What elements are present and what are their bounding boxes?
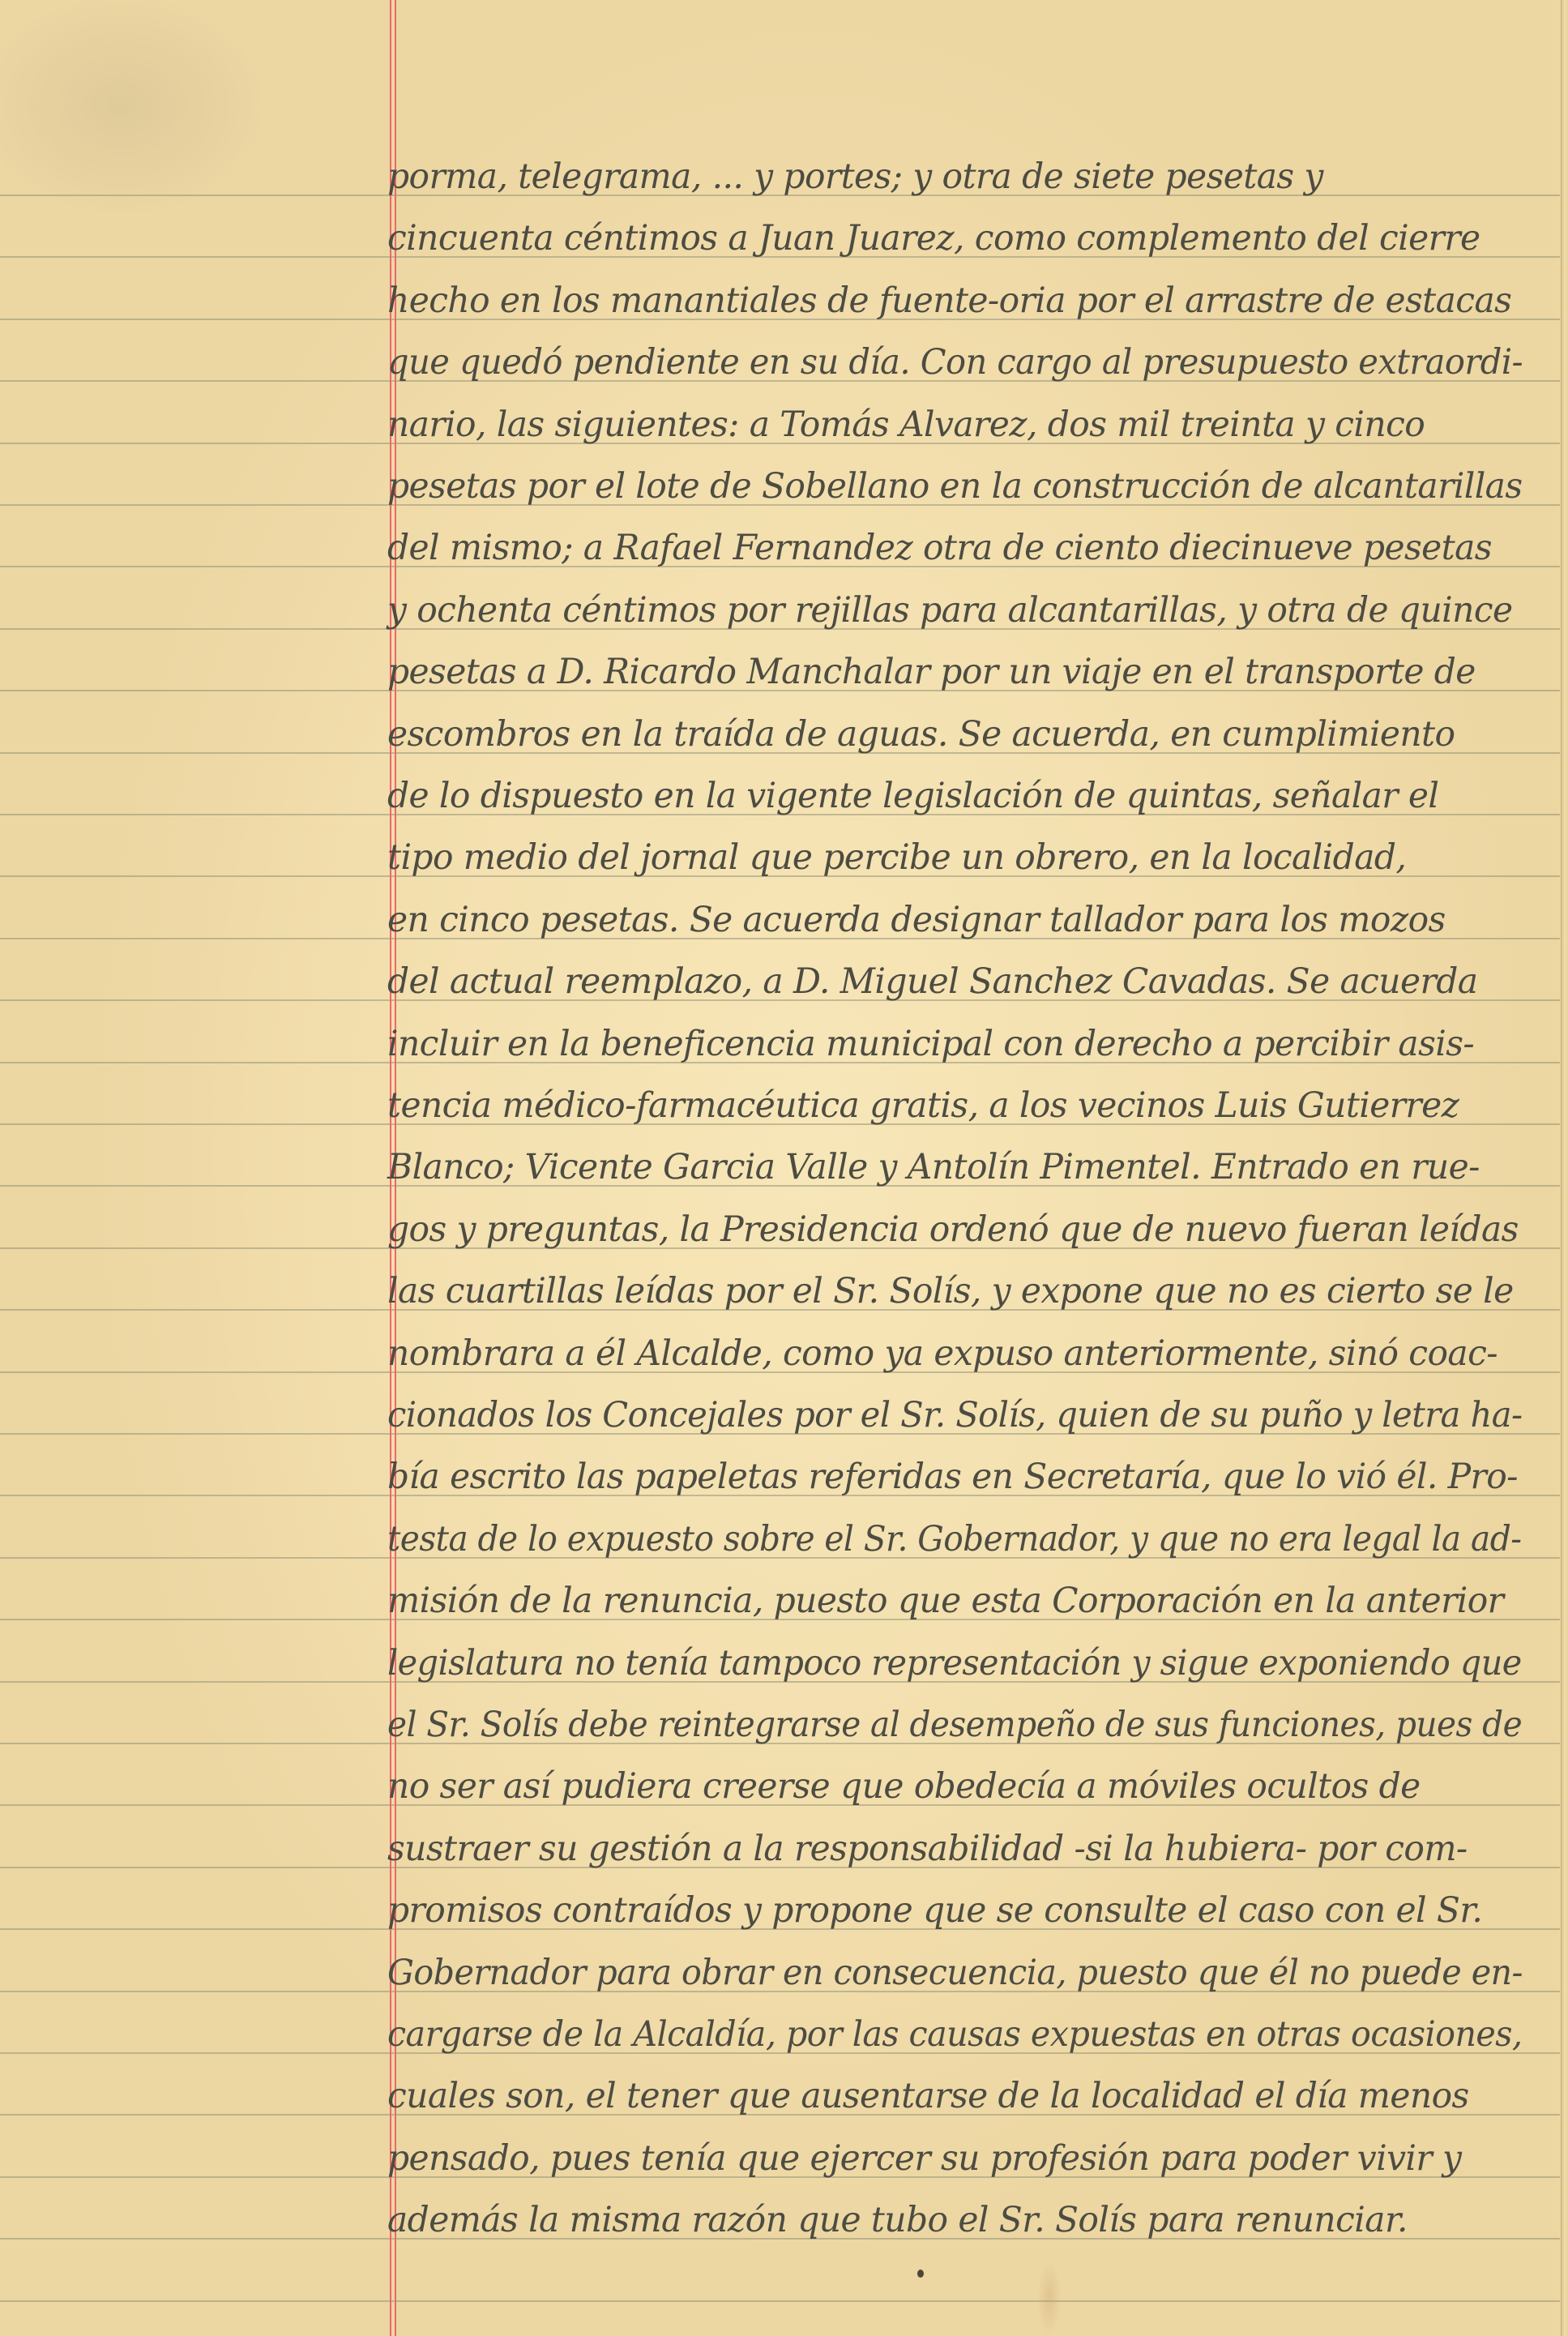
text-line: de lo dispuesto en la vigente legislació… (387, 772, 1522, 820)
text-line: pesetas a D. Ricardo Manchalar por un vi… (387, 648, 1522, 696)
text-line: sustraer su gestión a la responsabilidad… (387, 1825, 1522, 1873)
text-line: pesetas por el lote de Sobellano en la c… (387, 462, 1522, 511)
text-line: legislatura no tenía tampoco representac… (387, 1639, 1494, 1688)
text-line: cincuenta céntimos a Juan Juarez, como c… (387, 214, 1522, 263)
text-line: misión de la renuncia, puesto que esta C… (387, 1577, 1522, 1625)
text-line: hecho en los manantiales de fuente-oria … (387, 276, 1522, 325)
text-line: las cuartillas leídas por el Sr. Solís, … (387, 1267, 1522, 1316)
text-line: tipo medio del jornal que percibe un obr… (387, 833, 1522, 882)
text-line: testa de lo expuesto sobre el Sr. Gobern… (387, 1515, 1477, 1564)
text-line: además la misma razón que tubo el Sr. So… (387, 2196, 1522, 2244)
text-line: gos y preguntas, la Presidencia ordenó q… (387, 1205, 1522, 1254)
text-line: cargarse de la Alcaldía, por las causas … (387, 2010, 1492, 2059)
text-line: no ser así pudiera creerse que obedecía … (387, 1762, 1522, 1811)
text-line: tencia médico-farmacéutica gratis, a los… (387, 1081, 1522, 1130)
text-line: el Sr. Solís debe reintegrarse al desemp… (387, 1701, 1475, 1749)
text-line: pensado, pues tenía que ejercer su profe… (387, 2134, 1522, 2183)
text-line: del actual reemplazo, a D. Miguel Sanche… (387, 957, 1522, 1006)
text-line: del mismo; a Rafael Fernandez otra de ci… (387, 524, 1522, 572)
text-line: Gobernador para obrar en consecuencia, p… (387, 1949, 1492, 1997)
text-line: que quedó pendiente en su día. Con cargo… (387, 338, 1502, 387)
text-line: cuales son, el tener que ausentarse de l… (387, 2072, 1522, 2120)
text-line: en cinco pesetas. Se acuerda designar ta… (387, 896, 1522, 944)
text-line: nario, las siguientes: a Tomás Alvarez, … (387, 400, 1522, 449)
text-line: promisos contraídos y propone que se con… (387, 1886, 1522, 1935)
text-line: nombrara a él Alcalde, como ya expuso an… (387, 1329, 1522, 1378)
text-line: porma, telegrama, ... y portes; y otra d… (387, 152, 1522, 201)
ink-dot (917, 2270, 924, 2278)
text-line: cionados los Concejales por el Sr. Solís… (387, 1391, 1502, 1440)
text-line: escombros en la traída de aguas. Se acue… (387, 710, 1522, 759)
text-line: incluir en la beneficencia municipal con… (387, 1020, 1522, 1068)
text-line: bía escrito las papeletas referidas en S… (387, 1453, 1522, 1501)
handwritten-text-block: porma, telegrama, ... y portes; y otra d… (0, 0, 1568, 2336)
paper-stain (1037, 2261, 1062, 2334)
text-line: Blanco; Vicente Garcia Valle y Antolín P… (387, 1143, 1522, 1192)
text-line: y ochenta céntimos por rejillas para alc… (387, 586, 1522, 635)
manuscript-page: porma, telegrama, ... y portes; y otra d… (0, 0, 1568, 2336)
